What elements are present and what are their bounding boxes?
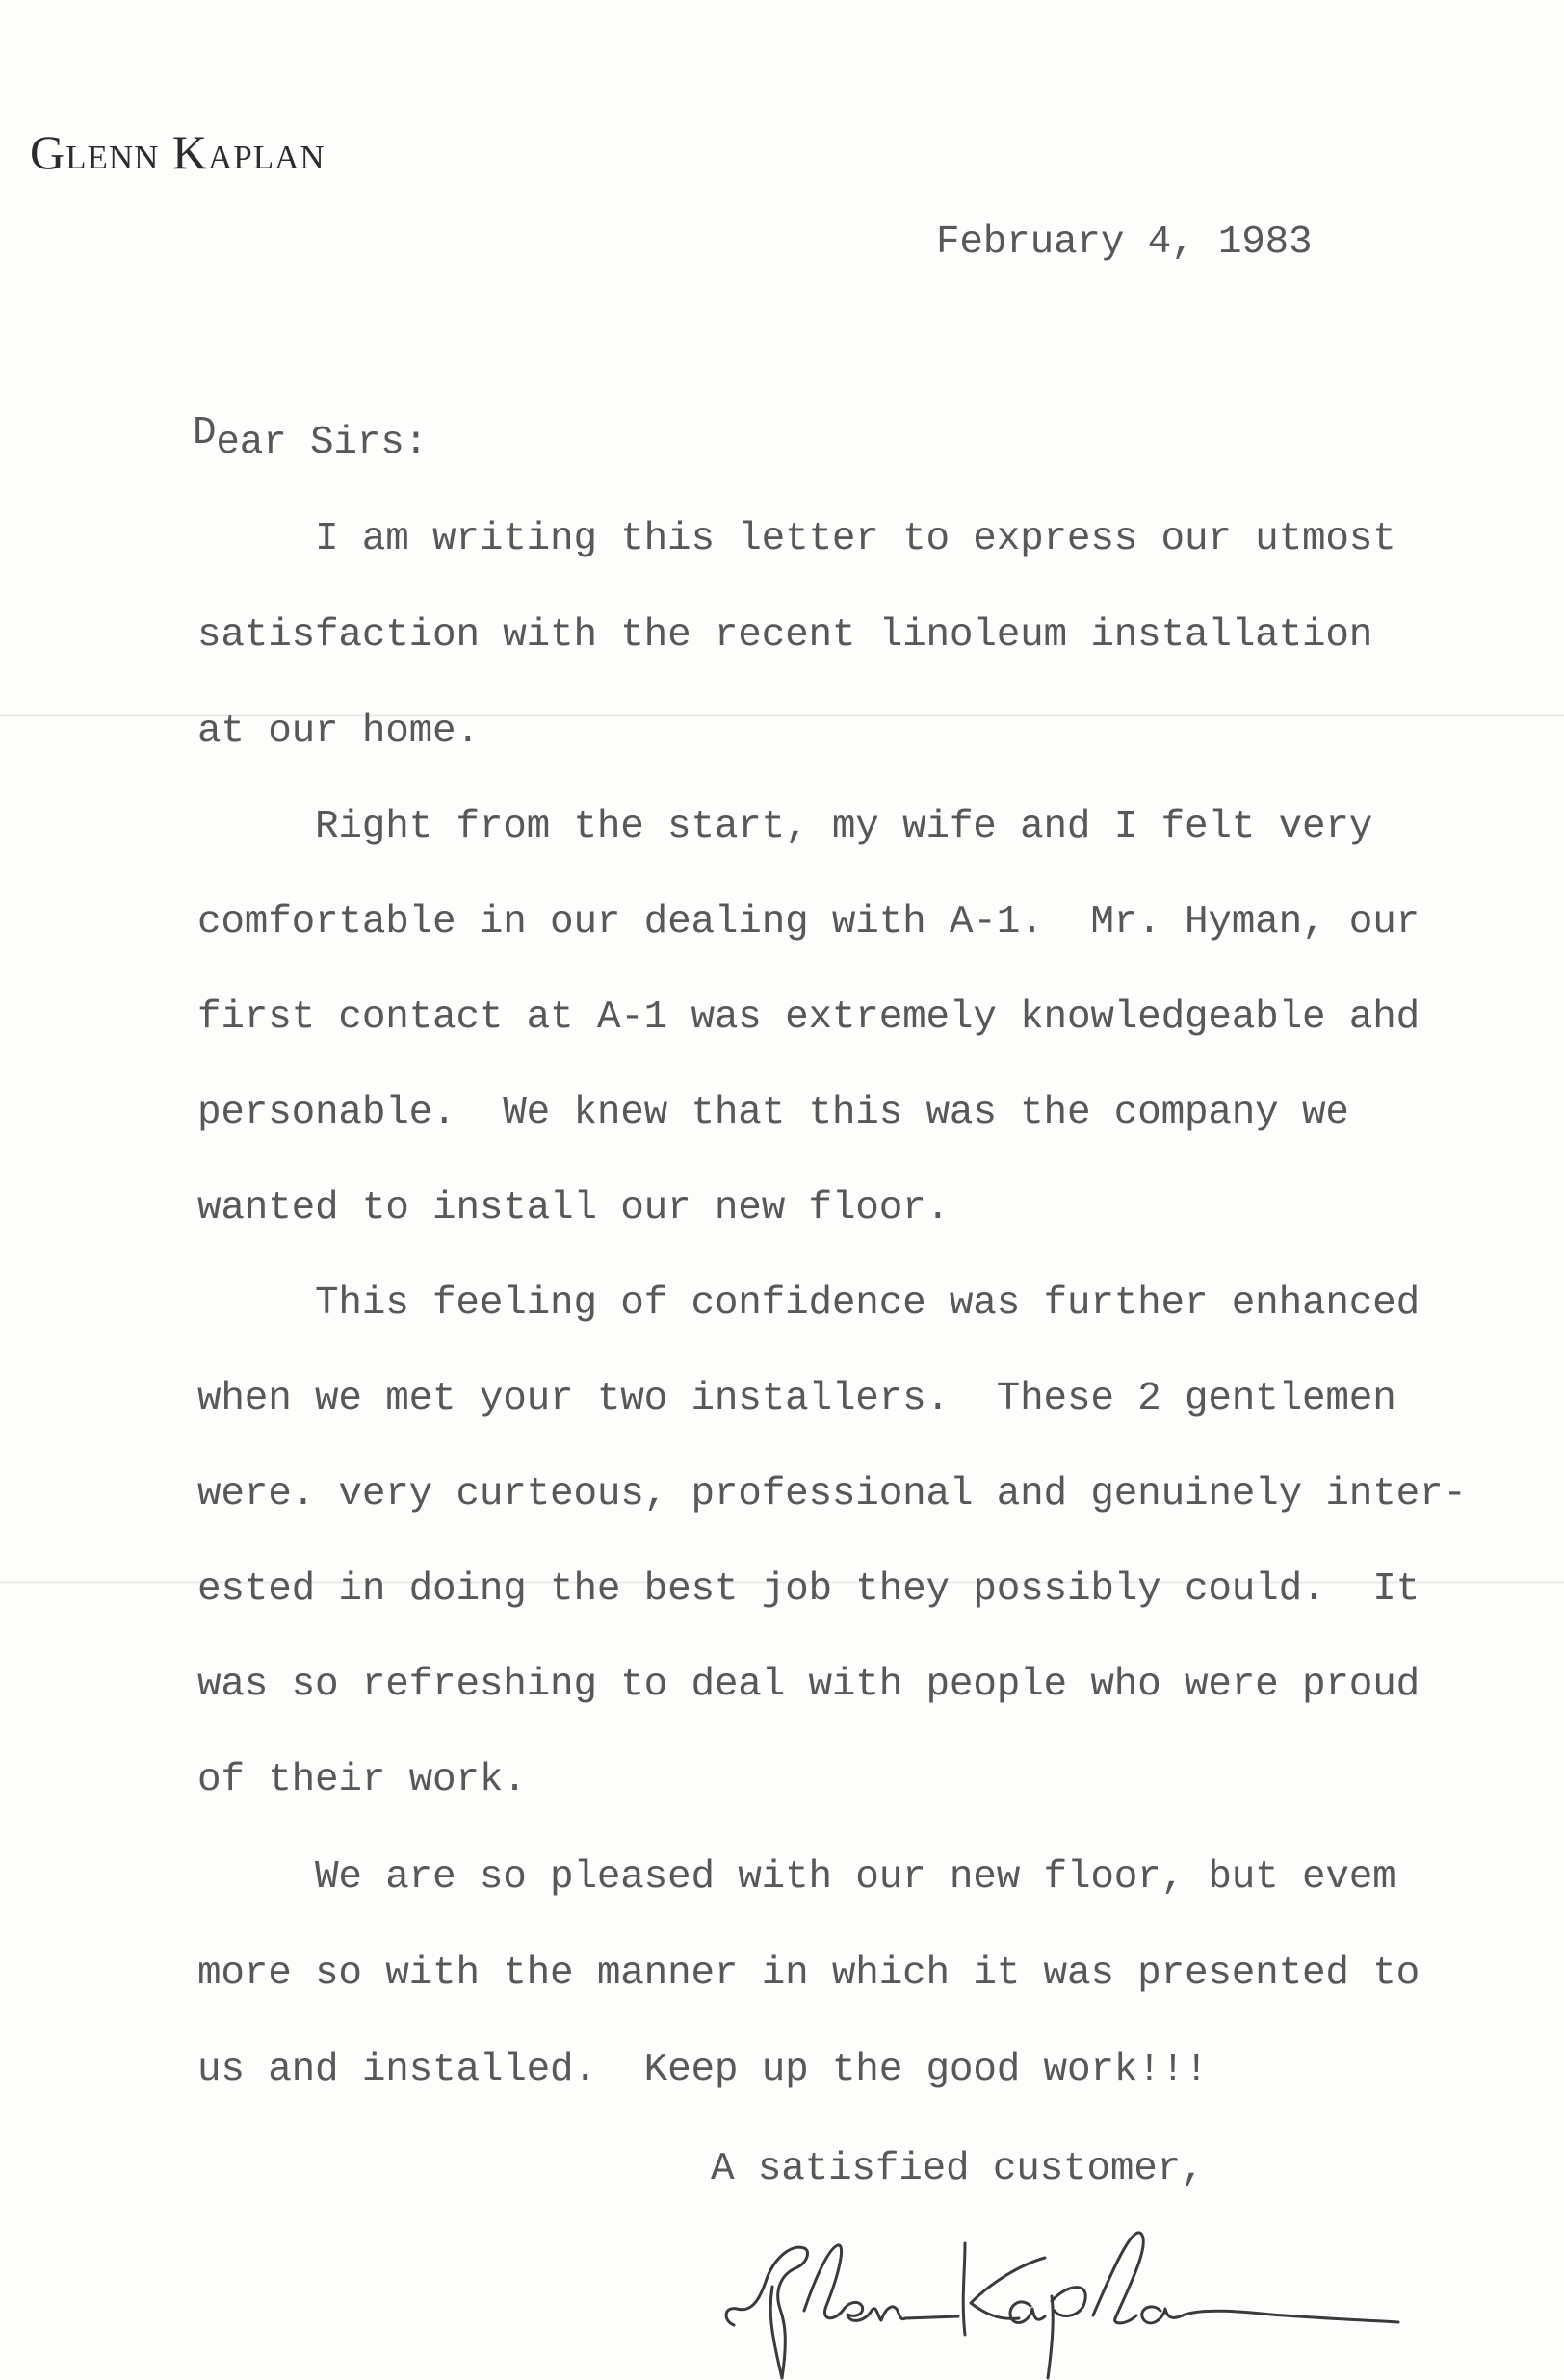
body-line: comfortable in our dealing with A-1. Mr.… xyxy=(197,903,1420,943)
letter-date: February 4, 1983 xyxy=(936,223,1312,263)
body-line: We are so pleased with our new floor, bu… xyxy=(315,1858,1396,1898)
body-line: satisfaction with the recent linoleum in… xyxy=(197,616,1372,656)
body-line: This feeling of confidence was further e… xyxy=(315,1284,1420,1324)
body-line: us and installed. Keep up the good work!… xyxy=(197,2051,1208,2090)
body-line: personable. We knew that this was the co… xyxy=(197,1094,1349,1133)
body-line: of their work. xyxy=(197,1761,527,1800)
handwritten-signature-icon xyxy=(713,2214,1406,2380)
letterhead-name: Glenn Kaplan xyxy=(30,128,326,176)
salutation-initial: D xyxy=(193,411,216,455)
body-line: was so refreshing to deal with people wh… xyxy=(197,1666,1420,1705)
closing: A satisfied customer, xyxy=(711,2150,1204,2189)
body-line: when we met your two installers. These 2… xyxy=(197,1380,1396,1419)
salutation: Dear Sirs: xyxy=(193,424,428,463)
body-line: first contact at A-1 was extremely knowl… xyxy=(197,998,1420,1038)
body-line: more so with the manner in which it was … xyxy=(197,1954,1420,1994)
body-line: wanted to install our new floor. xyxy=(197,1189,950,1229)
body-line: Right from the start, my wife and I felt… xyxy=(315,808,1372,847)
letter-page: Glenn Kaplan February 4, 1983 Dear Sirs:… xyxy=(0,0,1564,2380)
body-line: ested in doing the best job they possibl… xyxy=(197,1570,1420,1610)
body-line: were. very curteous, professional and ge… xyxy=(197,1475,1467,1514)
body-line: at our home. xyxy=(197,712,480,752)
body-line: I am writing this letter to express our … xyxy=(315,520,1396,559)
salutation-text: ear Sirs: xyxy=(216,421,428,465)
